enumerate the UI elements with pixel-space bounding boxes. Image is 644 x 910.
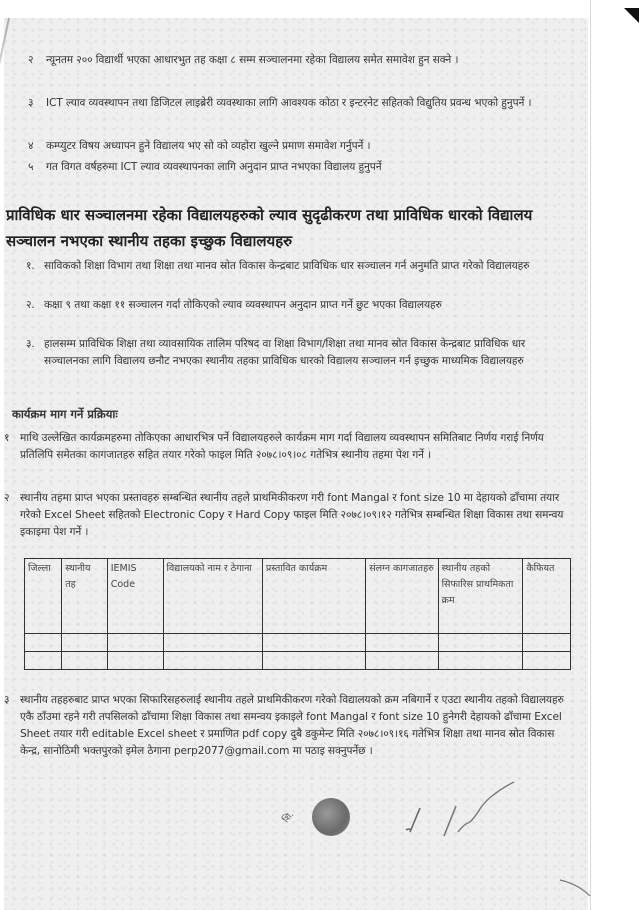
item-text: माथि उल्लेखित कार्यक्रमहरुमा तोकिएका आधा… xyxy=(20,430,570,464)
table-row xyxy=(25,634,571,652)
item-number: १ xyxy=(4,430,9,447)
pen-mark-icon xyxy=(558,878,598,898)
header-local-priority-order: स्थानीय तहको सिफारिस प्राथमिकता क्रम xyxy=(438,559,523,634)
page-edge xyxy=(590,0,591,910)
item-text: साविकको शिक्षा विभाग तथा शिक्षा तथा मानव… xyxy=(44,258,566,275)
table-cell xyxy=(163,652,262,670)
header-remarks: कैफियत xyxy=(523,559,571,634)
item-number: ३. xyxy=(26,336,40,353)
header-local-level: स्थानीय तह xyxy=(62,559,108,634)
item-number: २. xyxy=(26,297,40,314)
procedure-heading: कार्यक्रम माग गर्ने प्रक्रियाः xyxy=(12,407,118,422)
table-cell xyxy=(438,652,523,670)
table-cell xyxy=(107,652,163,670)
submission-format-table: जिल्ला स्थानीय तह IEMIS Code विद्यालयको … xyxy=(24,558,571,670)
item-text: गत विगत वर्षहरुमा ICT ल्याव व्यवस्थापनका… xyxy=(46,159,568,176)
table-cell xyxy=(523,634,571,652)
table-cell xyxy=(262,652,365,670)
item-text: कम्प्युटर विषय अध्यापन हुने विद्यालय भए … xyxy=(46,138,568,155)
handwritten-signature-icon xyxy=(400,780,530,840)
table-cell xyxy=(366,634,438,652)
header-proposed-program: प्रस्तावित कार्यक्रम xyxy=(262,559,365,634)
table-cell xyxy=(25,634,62,652)
header-iemis-code: IEMIS Code xyxy=(107,559,163,634)
table-cell xyxy=(62,634,108,652)
table-cell xyxy=(523,652,571,670)
corner-mark xyxy=(624,8,639,23)
header-attached-documents: संलग्न कागजातहरु xyxy=(366,559,438,634)
table-row xyxy=(25,652,571,670)
table-cell xyxy=(25,652,62,670)
item-text: कक्षा ९ तथा कक्षा ११ सञ्चालन गर्दा तोकिए… xyxy=(44,297,566,314)
item-number: २ xyxy=(28,52,42,69)
item-number: ३ xyxy=(4,692,9,709)
item-text: हालसम्म प्राविधिक शिक्षा तथा व्यावसायिक … xyxy=(44,336,566,370)
header-district: जिल्ला xyxy=(25,559,62,634)
table-cell xyxy=(366,652,438,670)
item-text: स्थानीय तहहरुबाट प्राप्त भएका सिफारिसहरु… xyxy=(20,692,570,760)
table-cell xyxy=(163,634,262,652)
item-text: स्थानीय तहमा प्राप्त भएका प्रस्तावहरु सम… xyxy=(20,490,570,541)
section-heading: प्राविधिक धार सञ्चालनमा रहेका विद्यालयहर… xyxy=(6,202,586,254)
table-cell xyxy=(62,652,108,670)
table-header-row: जिल्ला स्थानीय तह IEMIS Code विद्यालयको … xyxy=(25,559,571,634)
table-cell xyxy=(262,634,365,652)
item-number: ३ xyxy=(28,95,42,112)
table-cell xyxy=(107,634,163,652)
item-number: ५ xyxy=(28,159,42,176)
item-text: न्यूनतम २०० विद्यार्थी भएका आधारभुत तह क… xyxy=(46,52,568,69)
item-number: ४ xyxy=(28,138,42,155)
item-number: १. xyxy=(26,258,40,275)
official-seal-icon xyxy=(312,798,350,836)
header-school-name-address: विद्यालयको नाम र ठेगाना xyxy=(163,559,262,634)
item-text: ICT ल्याव व्यवस्थापन तथा डिजिटल लाइब्रेर… xyxy=(46,95,568,112)
item-number: २ xyxy=(4,490,9,507)
table-cell xyxy=(438,634,523,652)
